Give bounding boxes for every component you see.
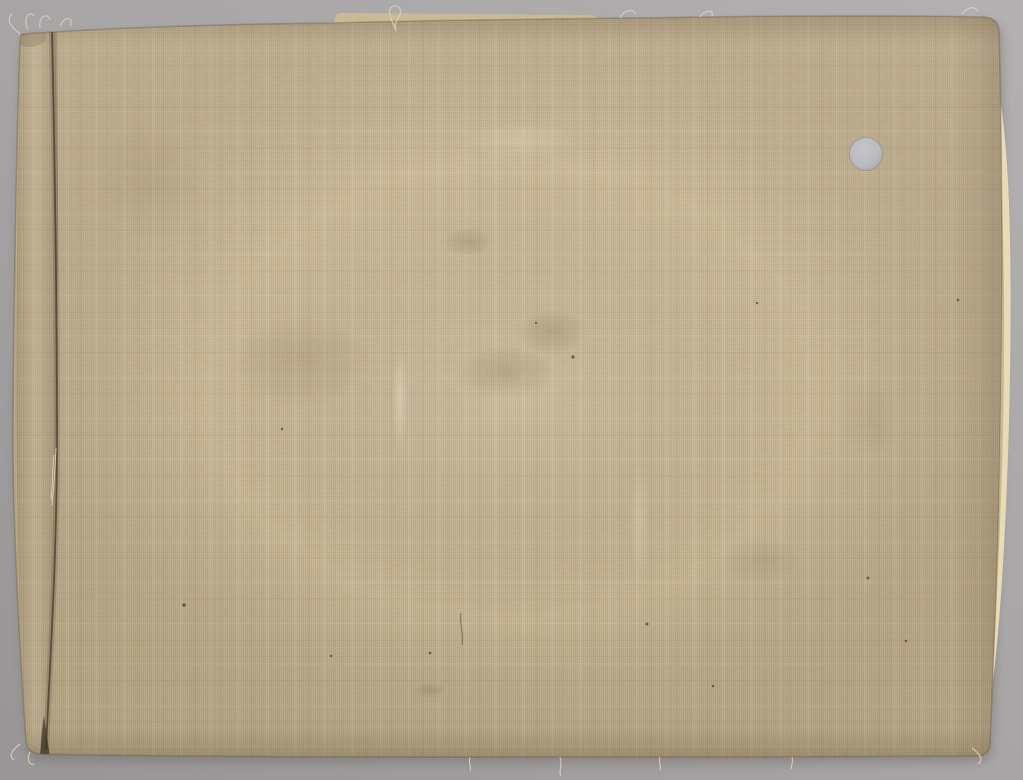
canvas-texture <box>10 10 1015 770</box>
photograph: Cloth-bound album cover photographed on … <box>0 0 1023 780</box>
album-photo-svg: Cloth-bound album cover photographed on … <box>0 0 1023 780</box>
sticker <box>850 138 883 171</box>
album-cover <box>10 10 1015 770</box>
